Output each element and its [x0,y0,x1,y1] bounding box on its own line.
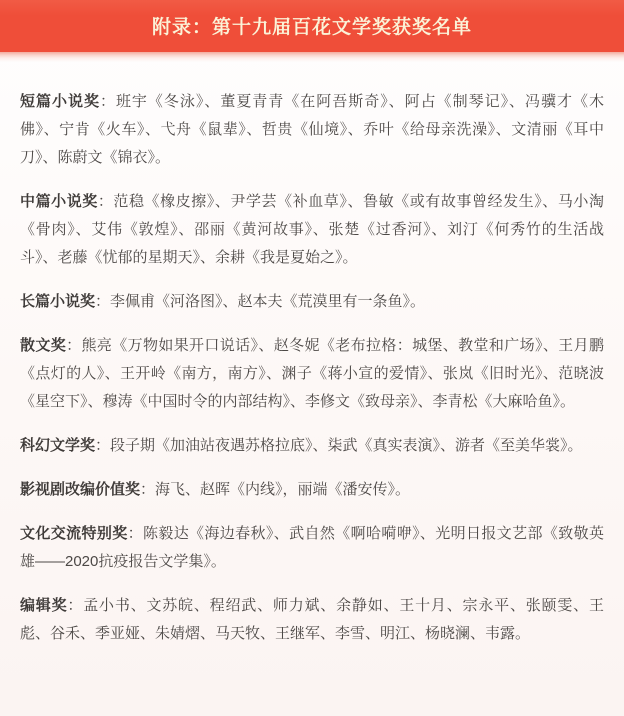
award-paragraph-scifi: 科幻文学奖：段子期《加油站夜遇苏格拉底》、柒武《真实表演》、游者《至美华裳》。 [20,432,604,460]
award-colon: ： [95,437,110,454]
award-category-label: 中篇小说奖 [20,193,98,210]
award-list: 短篇小说奖：班宇《冬泳》、董夏青青《在阿吾斯奇》、阿占《制琴记》、冯骥才《木佛》… [0,62,624,672]
award-paragraph-essay: 散文奖：熊亮《万物如果开口说话》、赵冬妮《老布拉格：城堡、教堂和广场》、王月鹏《… [20,332,604,416]
award-category-label: 科幻文学奖 [20,437,95,454]
award-winners-text: 李佩甫《河洛图》、赵本夫《荒漠里有一条鱼》。 [110,293,425,310]
award-paragraph-novella: 中篇小说奖：范稳《橡皮擦》、尹学芸《补血草》、鲁敏《或有故事曾经发生》、马小淘《… [20,188,604,272]
award-colon: ： [67,597,83,614]
award-category-label: 短篇小说奖 [20,93,100,110]
award-colon: ： [66,337,81,354]
award-paragraph-editor: 编辑奖：孟小书、文苏皖、程绍武、师力斌、余静如、王十月、宗永平、张颐雯、王彪、谷… [20,592,604,648]
award-winners-text: 段子期《加油站夜遇苏格拉底》、柒武《真实表演》、游者《至美华裳》。 [110,437,583,454]
award-winners-text: 孟小书、文苏皖、程绍武、师力斌、余静如、王十月、宗永平、张颐雯、王彪、谷禾、季亚… [20,597,604,642]
award-colon: ： [95,293,110,310]
award-winners-text: 海飞、赵晖《内线》，丽端《潘安传》。 [155,481,410,498]
award-colon: ： [100,93,116,110]
award-paragraph-screen-adaptation: 影视剧改编价值奖：海飞、赵晖《内线》，丽端《潘安传》。 [20,476,604,504]
award-colon: ： [98,193,114,210]
header-banner: 附录：第十九届百花文学奖获奖名单 [0,0,624,52]
award-paragraph-novel: 长篇小说奖：李佩甫《河洛图》、赵本夫《荒漠里有一条鱼》。 [20,288,604,316]
award-category-label: 长篇小说奖 [20,293,95,310]
award-winners-text: 熊亮《万物如果开口说话》、赵冬妮《老布拉格：城堡、教堂和广场》、王月鹏《点灯的人… [20,337,604,410]
award-category-label: 编辑奖 [20,597,67,614]
award-category-label: 散文奖 [20,337,66,354]
award-category-label: 影视剧改编价值奖 [20,481,140,498]
award-colon: ： [128,525,143,542]
award-colon: ： [140,481,155,498]
award-paragraph-short-story: 短篇小说奖：班宇《冬泳》、董夏青青《在阿吾斯奇》、阿占《制琴记》、冯骥才《木佛》… [20,88,604,172]
page-title: 附录：第十九届百花文学奖获奖名单 [152,16,472,37]
header-fade-divider [0,52,624,62]
award-paragraph-cultural-exchange: 文化交流特别奖：陈毅达《海边春秋》、武自然《啊哈嗬咿》、光明日报文艺部《致敬英雄… [20,520,604,576]
award-category-label: 文化交流特别奖 [20,525,128,542]
